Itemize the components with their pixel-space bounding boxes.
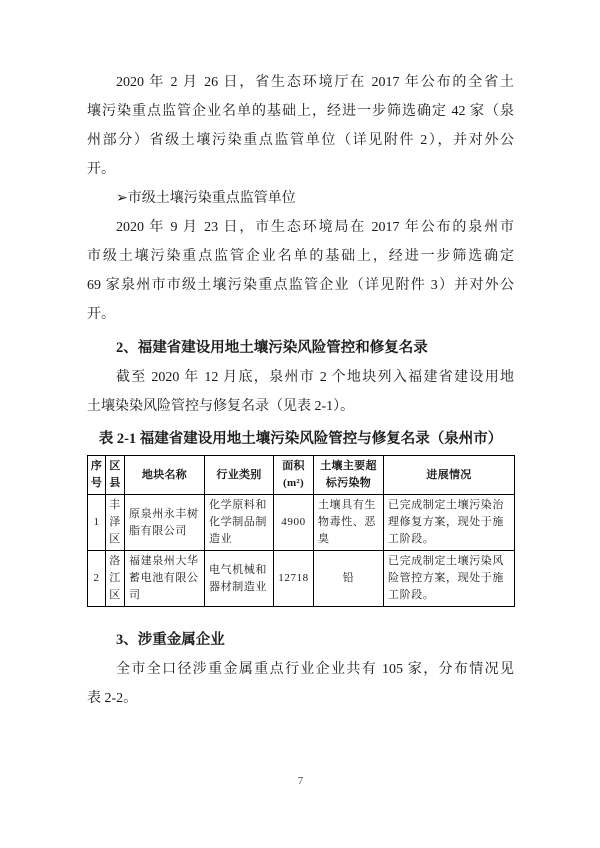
text-line: 全市全口径涉重金属重点行业企业共有 105 家，分布情况见 [87,655,514,684]
text-line: 开。 [87,155,514,184]
document-content: 2020 年 2 月 26 日，省生态环境厅在 2017 年公布的全省土 壤污染… [87,68,514,788]
text-line: 州部分）省级土壤污染重点监管单位（详见附件 2），并对外公 [87,126,514,155]
cell-district: 洛江区 [106,551,125,607]
cell-area: 12718 [274,551,314,607]
table-row: 2 洛江区 福建泉州大华蓄电池有限公司 电气机械和器材制造业 12718 铅 已… [88,551,515,607]
text-line: 截至 2020 年 12 月底，泉州市 2 个地块列入福建省建设用地 [87,363,514,392]
section-heading-3: 3、涉重金属企业 [87,626,514,655]
cell-industry: 化学原料和化学制品制造业 [205,495,274,551]
column-header-site-name: 地块名称 [125,456,205,495]
column-header-pollutants: 土壤主要超标污染物 [314,456,384,495]
cell-progress: 已完成制定土壤污染风险管控方案，现处于施工阶段。 [384,551,515,607]
text-line: 开。 [87,300,514,329]
document-page: 2020 年 2 月 26 日，省生态环境厅在 2017 年公布的全省土 壤污染… [0,0,600,848]
text-line: 土壤染染风险管控与修复名录（见表 2-1）。 [87,392,514,421]
column-header-area: 面积(m²) [274,456,314,495]
text-line: 2020 年 2 月 26 日，省生态环境厅在 2017 年公布的全省土 [87,68,514,97]
cell-progress: 已完成制定土壤污染治理修复方案，现处于施工阶段。 [384,495,515,551]
text-line: 表 2-2。 [87,684,514,713]
text-line: 69 家泉州市市级土壤污染重点监管企业（详见附件 3）并对外公 [87,271,514,300]
cell-industry: 电气机械和器材制造业 [205,551,274,607]
table-header-row: 序号 区县 地块名称 行业类别 面积(m²) 土壤主要超标污染物 进展情况 [88,456,515,495]
paragraph-municipal-units: 2020 年 9 月 23 日，市生态环境局在 2017 年公布的泉州市 市级土… [87,213,514,329]
paragraph-provincial-units: 2020 年 2 月 26 日，省生态环境厅在 2017 年公布的全省土 壤污染… [87,68,514,184]
cell-site-name: 福建泉州大华蓄电池有限公司 [125,551,205,607]
table-row: 1 丰泽区 原泉州永丰树脂有限公司 化学原料和化学制品制造业 4900 土壤具有… [88,495,515,551]
column-header-progress: 进展情况 [384,456,515,495]
column-header-industry: 行业类别 [205,456,274,495]
cell-site-name: 原泉州永丰树脂有限公司 [125,495,205,551]
cell-index: 2 [88,551,106,607]
cell-index: 1 [88,495,106,551]
column-header-index: 序号 [88,456,106,495]
cell-area: 4900 [274,495,314,551]
cell-district: 丰泽区 [106,495,125,551]
cell-pollutants: 铅 [314,551,384,607]
table-caption: 表 2-1 福建省建设用地土壤污染风险管控与修复名录（泉州市） [87,428,514,450]
text-line: 2020 年 9 月 23 日，市生态环境局在 2017 年公布的泉州市 [87,213,514,242]
paragraph-risk-list: 截至 2020 年 12 月底，泉州市 2 个地块列入福建省建设用地 土壤染染风… [87,363,514,421]
text-line: 市级土壤污染重点监管企业名单的基础上，经进一步筛选确定 [87,242,514,271]
column-header-district: 区县 [106,456,125,495]
paragraph-heavy-metal: 全市全口径涉重金属重点行业企业共有 105 家，分布情况见 表 2-2。 [87,655,514,713]
cell-pollutants: 土壤具有生物毒性、恶臭 [314,495,384,551]
page-number: 7 [87,775,514,788]
text-line: 壤污染重点监管企业名单的基础上，经进一步筛选确定 42 家（泉 [87,97,514,126]
risk-control-table: 序号 区县 地块名称 行业类别 面积(m²) 土壤主要超标污染物 进展情况 1 … [87,455,515,607]
section-heading-2: 2、福建省建设用地土壤污染风险管控和修复名录 [87,334,514,363]
bullet-municipal-units: ➢市级土壤污染重点监管单位 [87,184,514,213]
